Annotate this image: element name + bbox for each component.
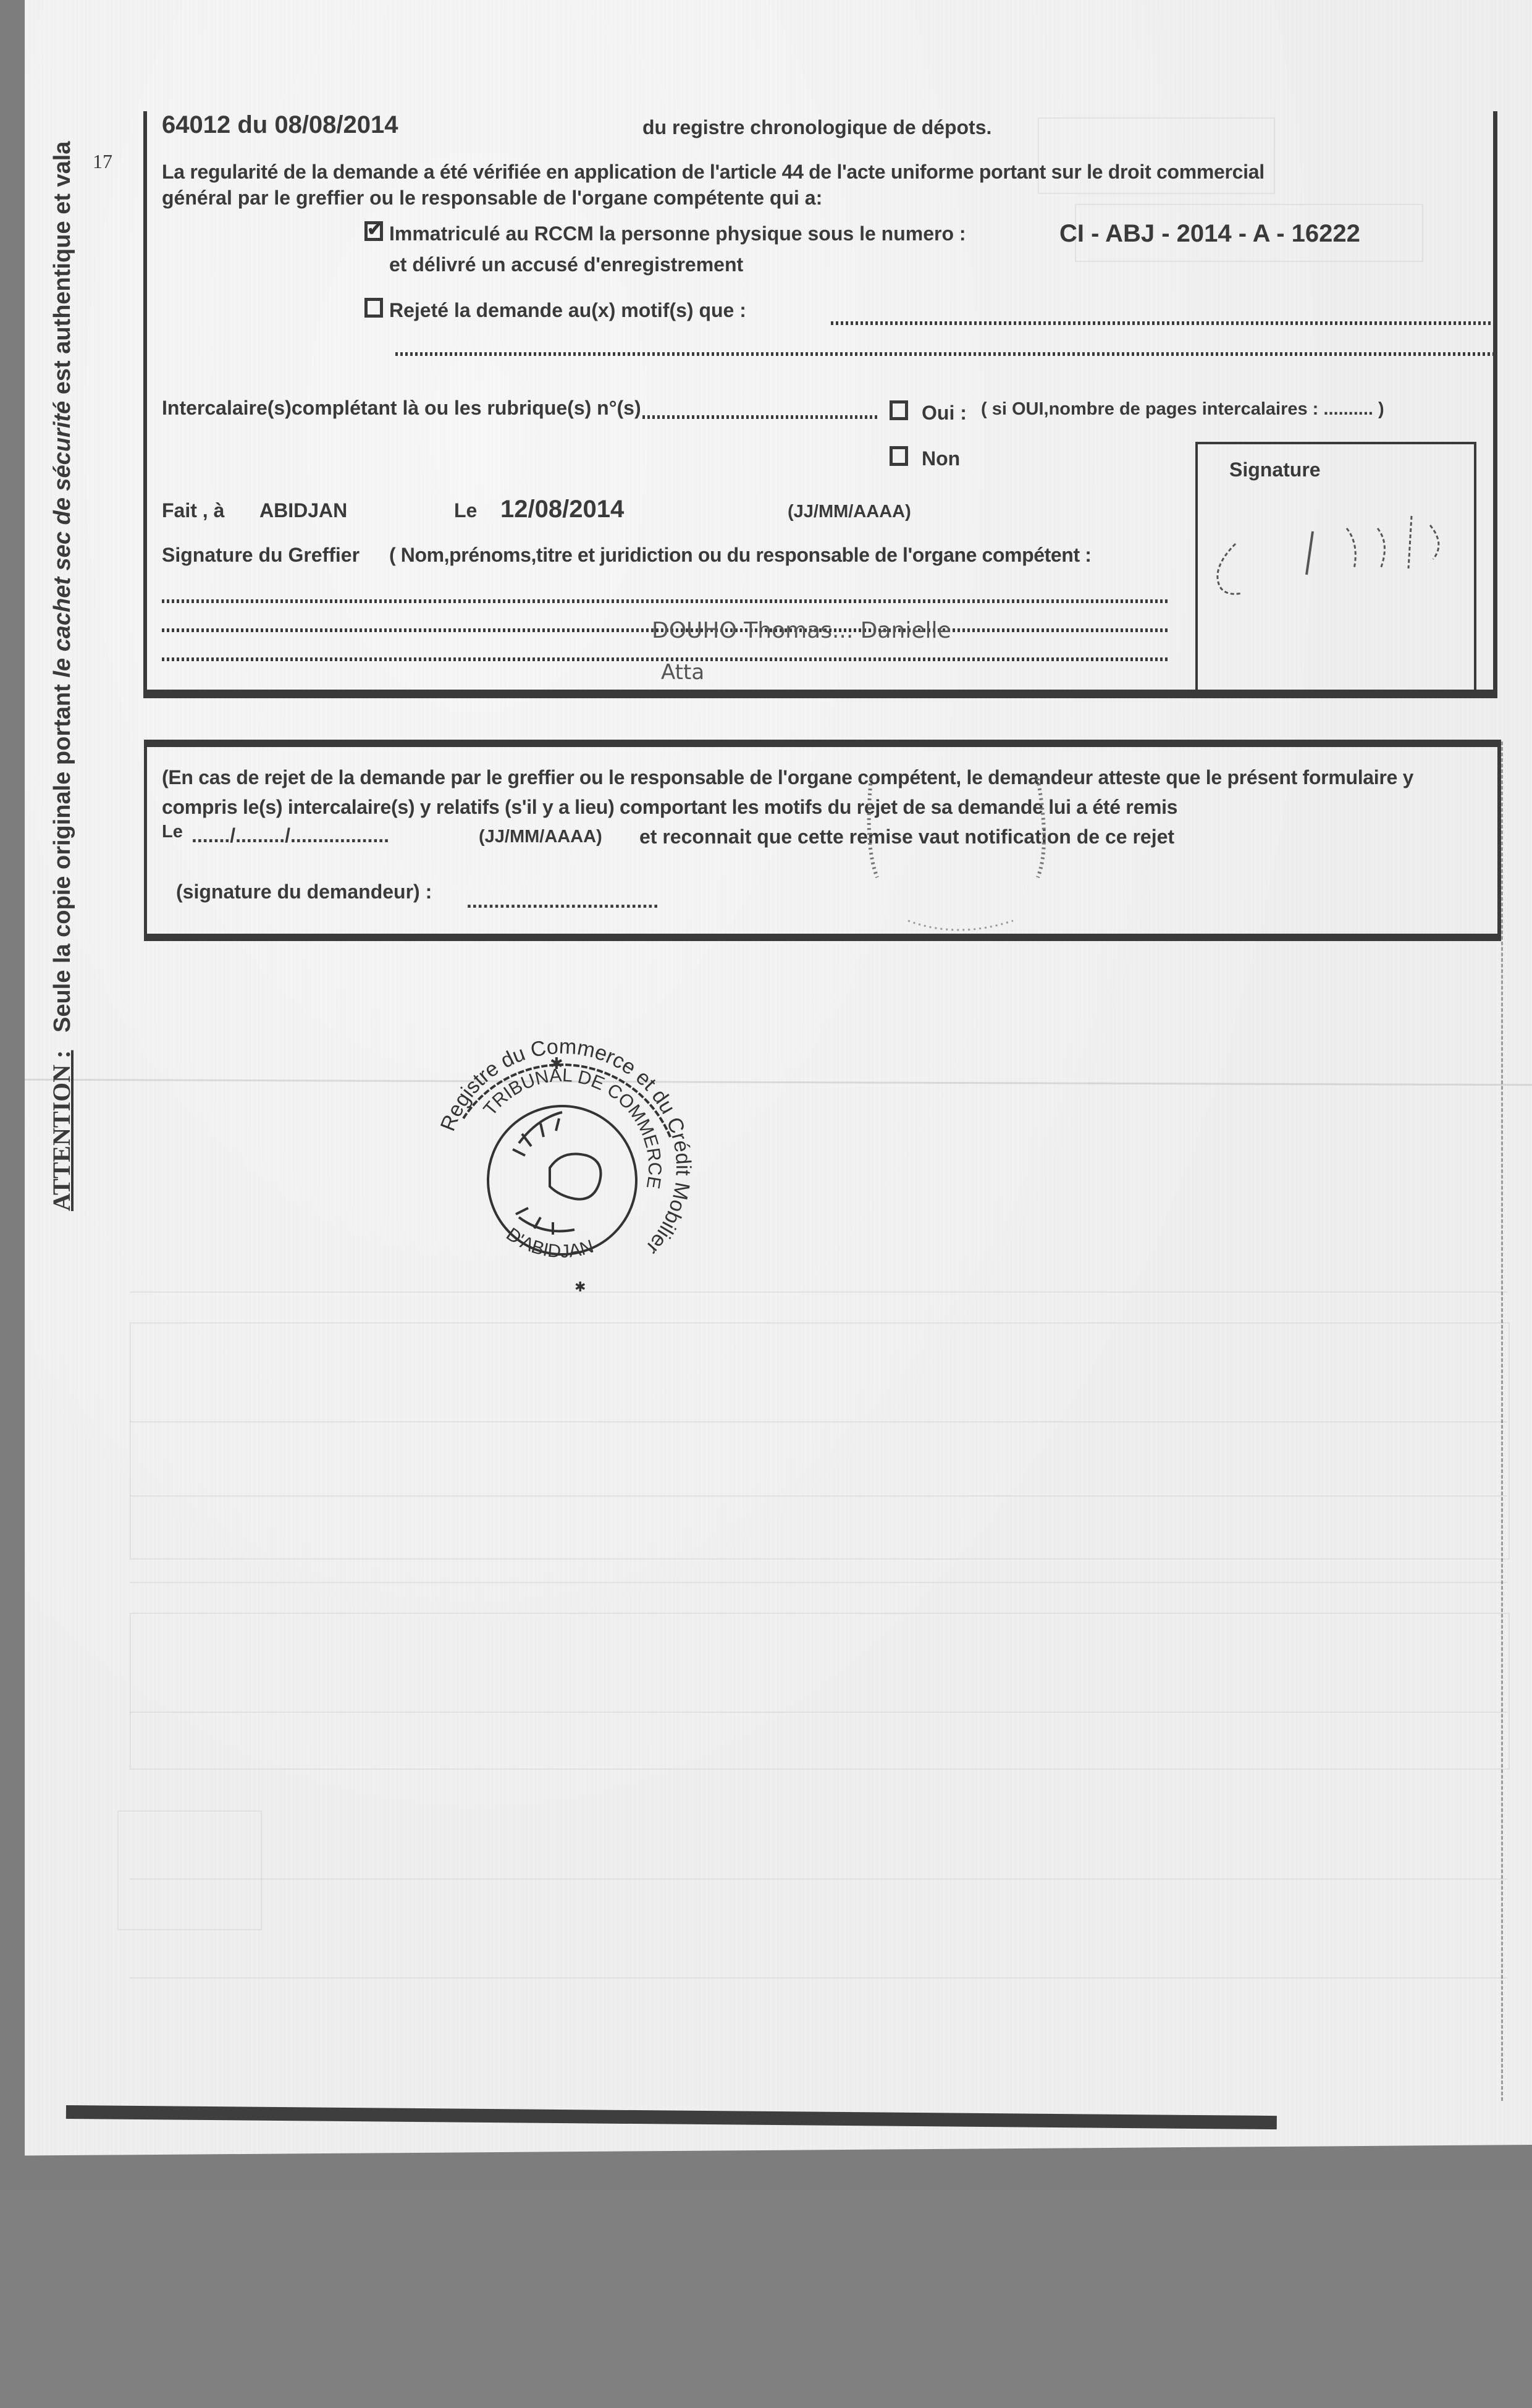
intercalaire-field[interactable] [642,415,877,419]
reject-text-1: (En cas de rejet de la demande par le gr… [162,766,1413,789]
date-format: (JJ/MM/AAAA) [788,502,911,522]
reject-reason-field-2[interactable] [395,352,1497,356]
signature-box-title: Signature [1229,458,1321,481]
rejected-checkbox[interactable] [364,298,383,318]
bleed-through-mark [130,1613,1510,1770]
reject-date-format: (JJ/MM/AAAA) [479,827,602,847]
non-label: Non [922,447,960,470]
date-value: 12/08/2014 [500,496,624,523]
attention-label: ATTENTION : [48,1050,75,1211]
rejected-label: Rejeté la demande au(x) motif(s) que : [389,299,746,322]
partial-stamp-icon [852,772,1063,933]
margin-text-end: est authentique et vala [49,142,75,395]
oui-checkbox[interactable] [890,400,908,420]
greffier-title: Atta [661,660,704,685]
oui-label: Oui : [922,402,967,425]
bleed-through-line [130,1495,1507,1497]
intercalaire-label: Intercalaire(s)complétant là ou les rubr… [162,397,641,420]
bleed-through-mark [117,1810,262,1930]
applicant-signature-field[interactable]: ................................... [466,890,659,913]
deposit-register-label: du registre chronologique de dépots. [642,116,991,139]
greffier-field-1[interactable] [162,599,1169,603]
page-number: 17 [93,150,112,173]
registered-label: Immatriculé au RCCM la personne physique… [389,222,966,245]
registered-sublabel: et délivré un accusé d'enregistrement [389,253,743,276]
verification-text: La regularité de la demande a été vérifi… [162,161,1265,184]
bleed-through-line [130,1977,1507,1979]
date-label: Le [454,499,477,522]
greffier-name: DOUHO Thomas... Danielle [652,618,951,643]
margin-text: Seule la copie originale portant [49,684,75,1033]
margin-notice: ATTENTION : Seule la copie originale por… [43,87,80,1211]
bleed-through-mark [130,1322,1510,1560]
reject-reason-field[interactable] [831,321,1497,325]
deposit-number: 64012 du 08/08/2014 [162,111,398,139]
oui-note: ( si OUI,nombre de pages intercalaires :… [981,399,1384,420]
bleed-through-line [130,1582,1507,1583]
fait-a-label: Fait , à [162,499,224,522]
reject-date-label: Le [162,822,183,842]
place-value: ABIDJAN [259,499,347,522]
scanner-background [0,2190,1532,2408]
registered-checkbox[interactable] [364,221,383,241]
reject-date-field[interactable]: ......./........./.................. [192,824,389,847]
perforation-edge [1501,741,1503,2101]
handwritten-signature-icon [1192,501,1464,612]
non-checkbox[interactable] [890,446,908,466]
svg-text:✱: ✱ [574,1279,586,1295]
court-stamp-icon: Registre du Commerce et du Crédit Mobili… [426,1032,698,1304]
greffier-note: ( Nom,prénoms,titre et juridiction ou du… [389,544,1091,567]
bleed-through-line [130,1712,1507,1713]
greffier-label: Signature du Greffier [162,544,360,567]
bleed-through-line [130,1878,1507,1880]
bleed-through-line [130,1291,1507,1293]
margin-text-italic: le cachet sec de sécurité [49,401,75,678]
verification-text-2: général par le greffier ou le responsabl… [162,187,822,209]
applicant-signature-label: (signature du demandeur) : [176,881,432,903]
rccm-number: CI - ABJ - 2014 - A - 16222 [1059,220,1360,248]
svg-text:✱: ✱ [550,1054,563,1073]
bleed-through-line [130,1421,1507,1422]
